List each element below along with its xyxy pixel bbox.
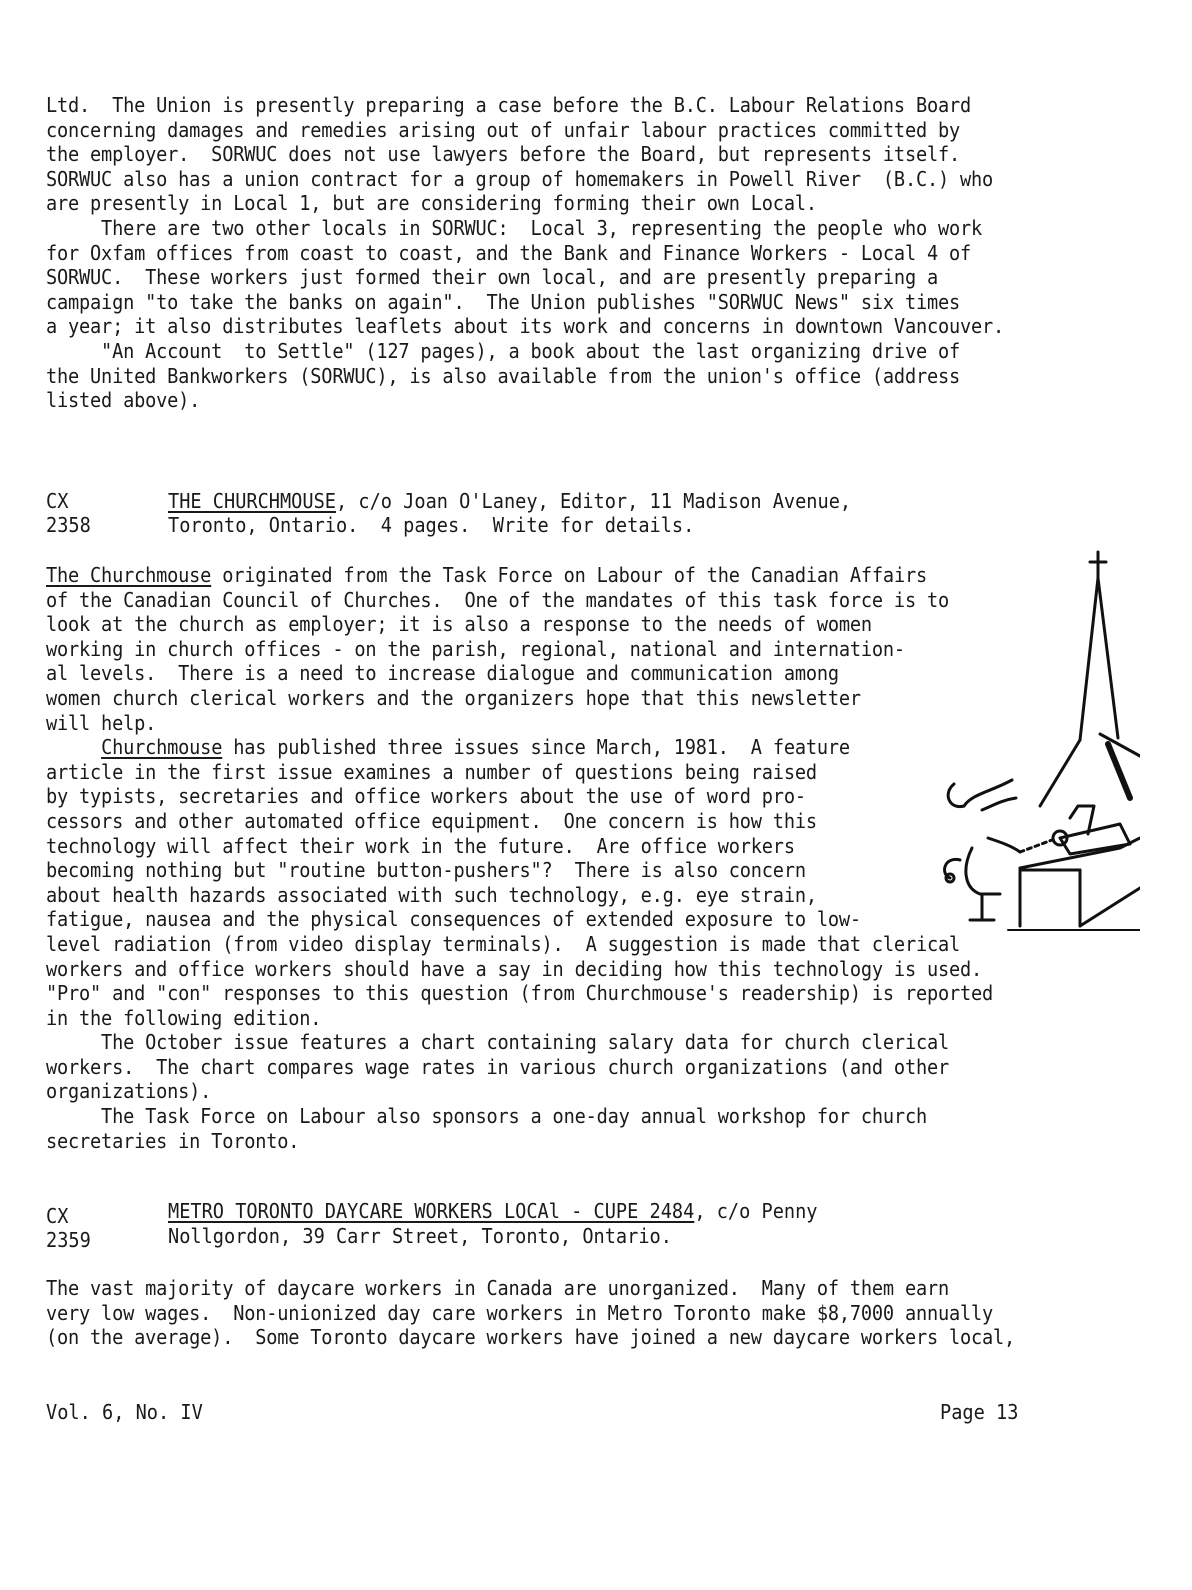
paragraph-line: level radiation (from video display term… [46, 932, 993, 957]
paragraph-line: about health hazards associated with suc… [46, 883, 993, 908]
paragraph-line: SORWUC. These workers just formed their … [46, 265, 1004, 290]
paragraph-line: al levels. There is a need to increase d… [46, 661, 993, 686]
paragraph-line: workers and office workers should have a… [46, 957, 993, 982]
entry-heading-line2: Nollgordon, 39 Carr Street, Toronto, Ont… [168, 1224, 672, 1249]
paragraph-line: look at the church as employer; it is al… [46, 612, 993, 637]
paragraph-line: the employer. SORWUC does not use lawyer… [46, 142, 1004, 167]
paragraph-line: becoming nothing but "routine button-pus… [46, 858, 993, 883]
organization-title: METRO TORONTO DAYCARE WORKERS LOCAl - CU… [168, 1199, 694, 1223]
publication-title-ref: Churchmouse [101, 735, 222, 759]
paragraph-line: article in the first issue examines a nu… [46, 760, 993, 785]
entry-number: 2359 [46, 1228, 91, 1253]
page-number: Page 13 [940, 1400, 1018, 1425]
entry-heading-line2: Toronto, Ontario. 4 pages. Write for det… [168, 513, 694, 538]
paragraph-line: The Churchmouse originated from the Task… [46, 563, 993, 588]
paragraph-line: campaign "to take the banks on again". T… [46, 290, 1004, 315]
paragraph-line: will help. [46, 711, 993, 736]
paragraph-line: a year; it also distributes leaflets abo… [46, 314, 1004, 339]
entry-code: CX [46, 489, 68, 514]
paragraph-line: in the following edition. [46, 1006, 993, 1031]
entry-heading: METRO TORONTO DAYCARE WORKERS LOCAl - CU… [168, 1199, 818, 1224]
paragraph-line: "An Account to Settle" (127 pages), a bo… [46, 339, 1004, 364]
paragraph-line: organizations). [46, 1079, 993, 1104]
paragraph-line: working in church offices - on the paris… [46, 637, 993, 662]
document-page: Ltd. The Union is presently preparing a … [0, 0, 1192, 1590]
paragraph-line: for Oxfam offices from coast to coast, a… [46, 241, 1004, 266]
paragraph-line: fatigue, nausea and the physical consequ… [46, 907, 993, 932]
paragraph-line: technology will affect their work in the… [46, 834, 993, 859]
paragraph-line: Ltd. The Union is presently preparing a … [46, 93, 1004, 118]
volume-footer: Vol. 6, No. IV [46, 1400, 203, 1425]
paragraph-line: listed above). [46, 388, 1004, 413]
paragraph-line: Churchmouse has published three issues s… [46, 735, 993, 760]
entry-heading: THE CHURCHMOUSE, c/o Joan O'Laney, Edito… [168, 489, 851, 514]
paragraph-line: The October issue features a chart conta… [46, 1030, 993, 1055]
paragraph-line: are presently in Local 1, but are consid… [46, 191, 1004, 216]
entry-code: CX [46, 1204, 68, 1229]
paragraph-line: by typists, secretaries and office worke… [46, 784, 993, 809]
sorwuc-continuation: Ltd. The Union is presently preparing a … [46, 93, 1076, 413]
churchmouse-description: The Churchmouse originated from the Task… [46, 563, 1064, 1153]
entry-number: 2358 [46, 513, 91, 538]
publication-title-ref: The Churchmouse [46, 563, 211, 587]
paragraph-line: the United Bankworkers (SORWUC), is also… [46, 364, 1004, 389]
paragraph-line: "Pro" and "con" responses to this questi… [46, 981, 993, 1006]
paragraph-line: cessors and other automated office equip… [46, 809, 993, 834]
paragraph-line: secretaries in Toronto. [46, 1129, 993, 1154]
paragraph-line: There are two other locals in SORWUC: Lo… [46, 216, 1004, 241]
church-mouse-illustration [920, 548, 1140, 938]
paragraph-line: (on the average). Some Toronto daycare w… [46, 1325, 1015, 1350]
paragraph-line: workers. The chart compares wage rates i… [46, 1055, 993, 1080]
paragraph-line: concerning damages and remedies arising … [46, 118, 1004, 143]
daycare-description: The vast majority of daycare workers in … [46, 1276, 1088, 1350]
entry-address: , c/o Penny [694, 1199, 817, 1223]
paragraph-line: very low wages. Non-unionized day care w… [46, 1301, 1015, 1326]
paragraph-line: The Task Force on Labour also sponsors a… [46, 1104, 993, 1129]
paragraph-line: The vast majority of daycare workers in … [46, 1276, 1015, 1301]
publication-title: THE CHURCHMOUSE [168, 489, 336, 513]
paragraph-line: women church clerical workers and the or… [46, 686, 993, 711]
entry-address: , c/o Joan O'Laney, Editor, 11 Madison A… [336, 489, 851, 513]
paragraph-line: of the Canadian Council of Churches. One… [46, 588, 993, 613]
paragraph-line: SORWUC also has a union contract for a g… [46, 167, 1004, 192]
